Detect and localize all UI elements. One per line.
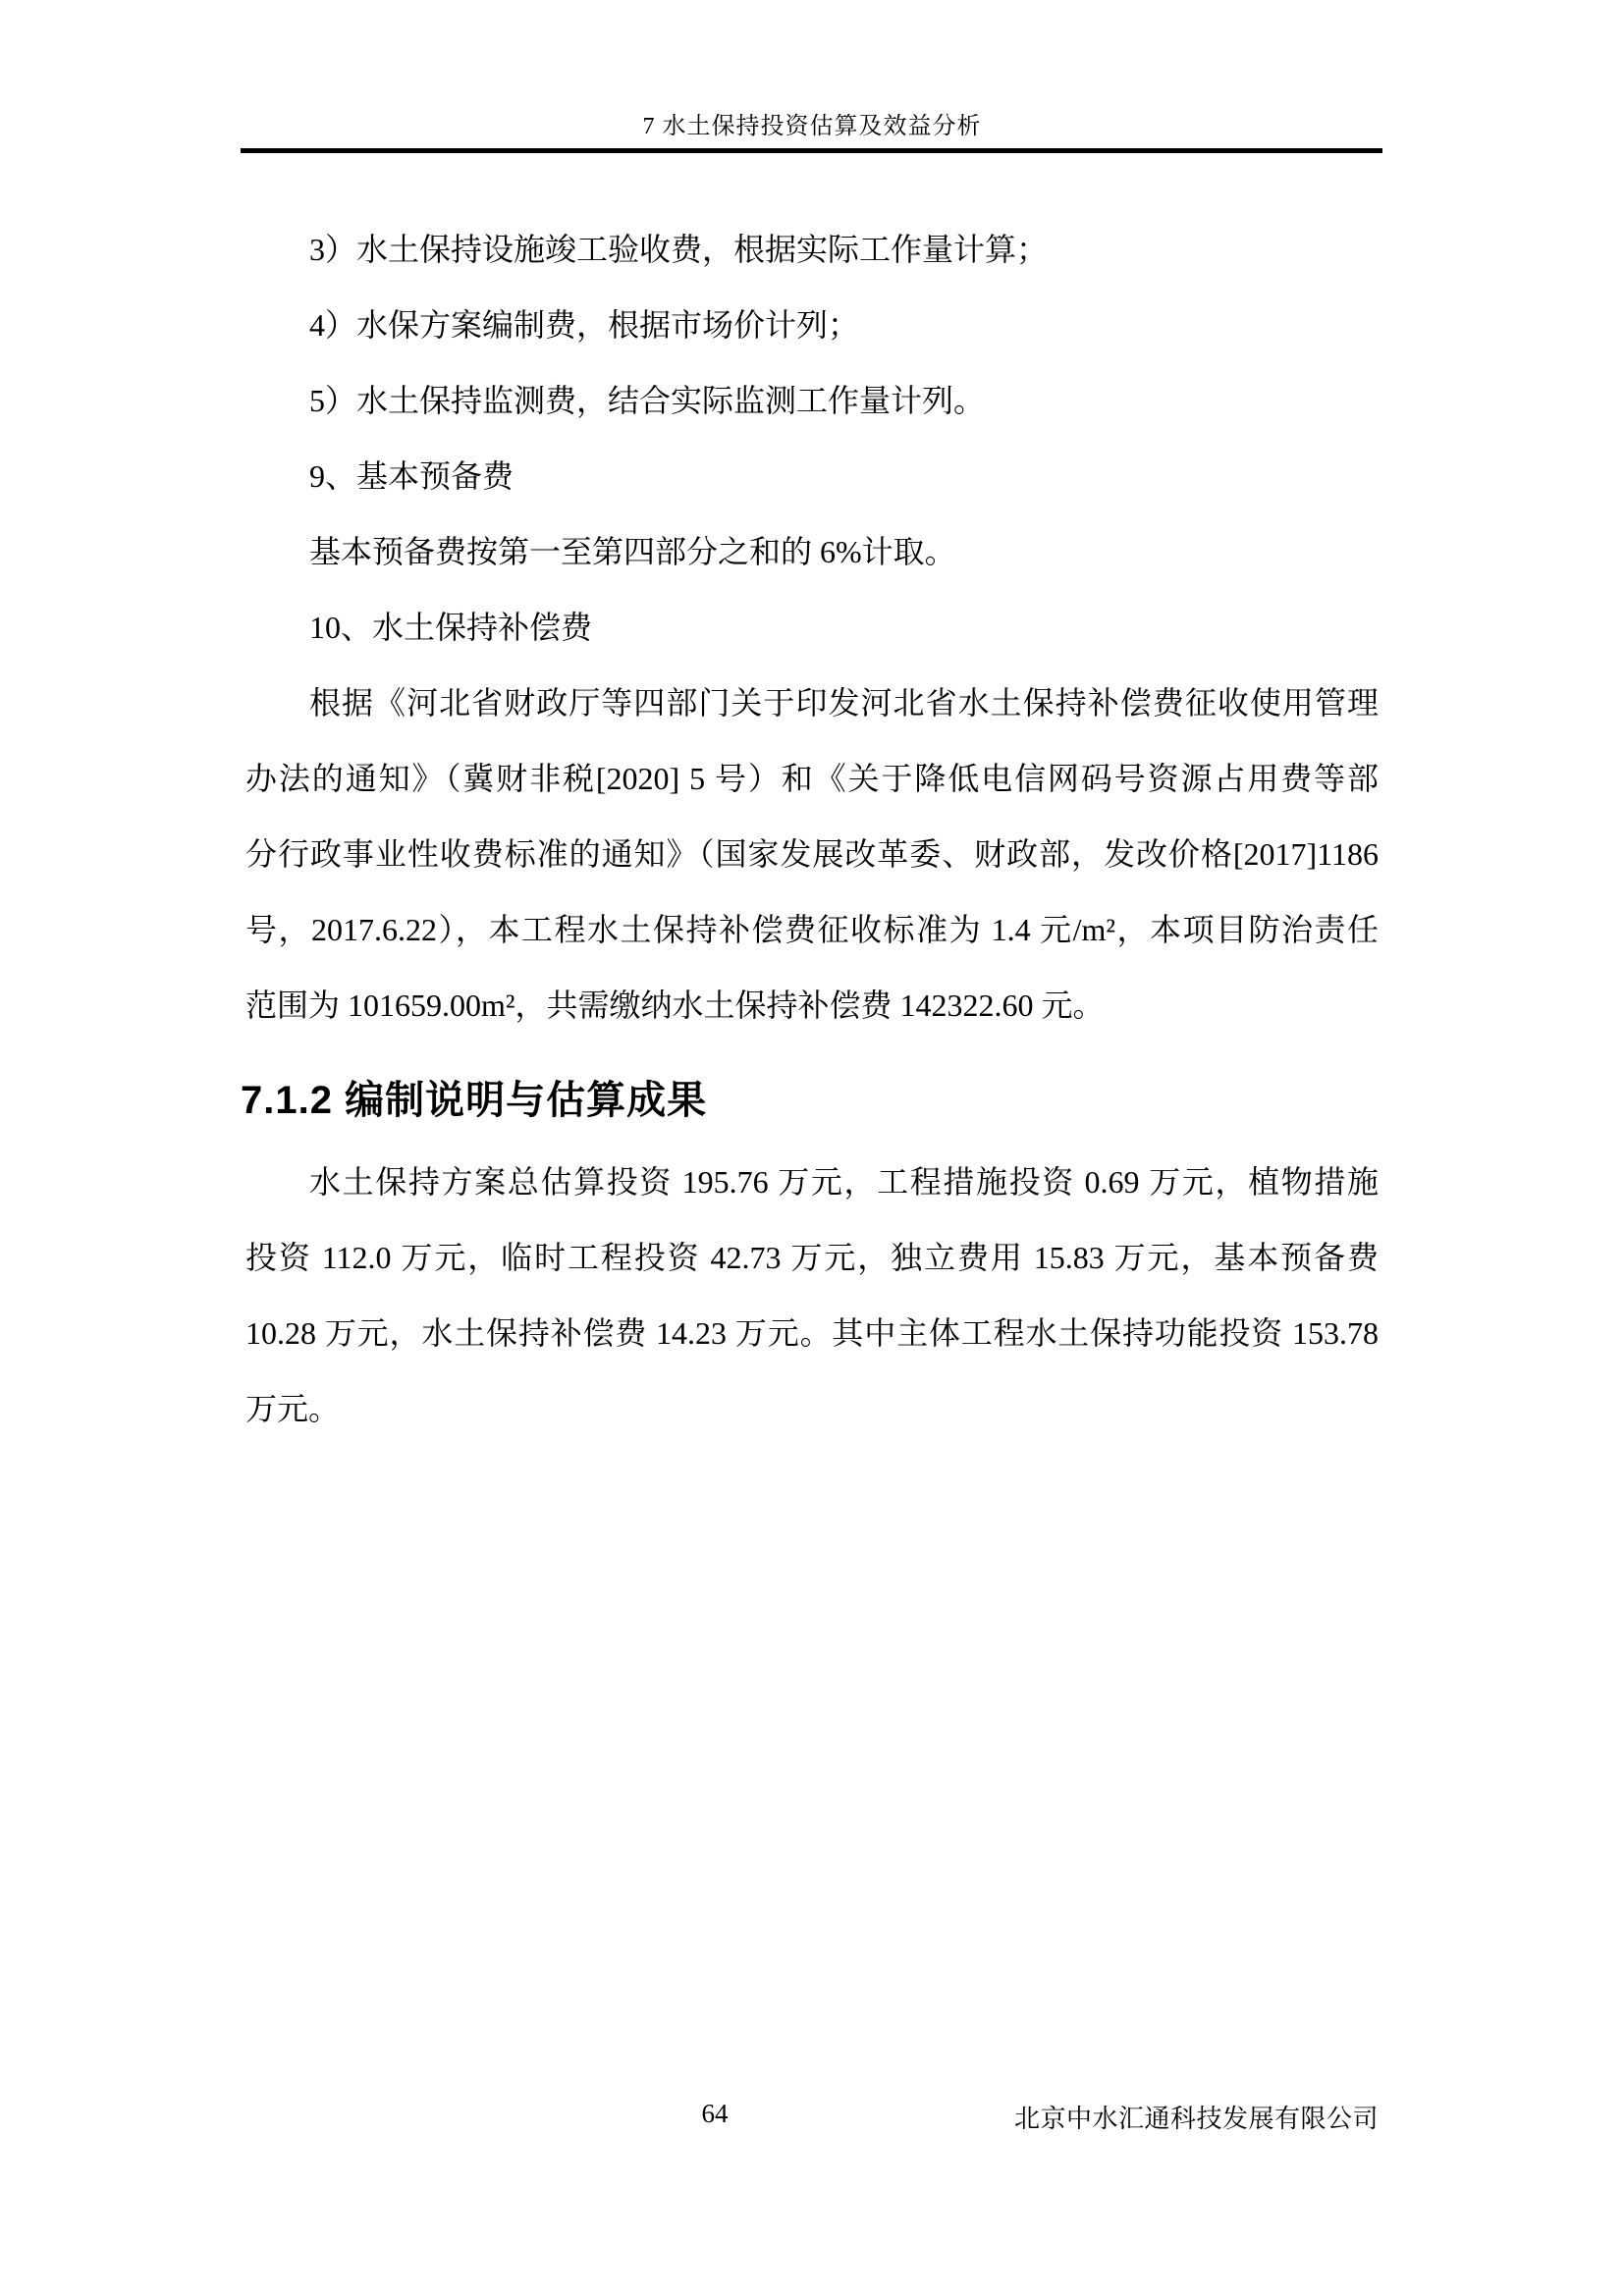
section-heading-7-1-2: 7.1.2 编制说明与估算成果: [241, 1078, 707, 1123]
list-item-3: 3）水土保持设施竣工验收费，根据实际工作量计算；: [309, 232, 1048, 268]
document-page: 7 水土保持投资估算及效益分析 3）水土保持设施竣工验收费，根据实际工作量计算；…: [0, 0, 1624, 2296]
paragraph-line: 分行政事业性收费标准的通知》（国家发展改革委、财政部，发改价格[2017]118…: [245, 836, 1379, 873]
paragraph-line: 万元。: [245, 1391, 340, 1427]
paragraph-line: 号，2017.6.22），本工程水土保持补偿费征收标准为 1.4 元/m²，本项…: [245, 912, 1379, 948]
paragraph-line: 投资 112.0 万元，临时工程投资 42.73 万元，独立费用 15.83 万…: [245, 1240, 1379, 1276]
paragraph-line: 办法的通知》（冀财非税[2020] 5 号）和《关于降低电信网码号资源占用费等部: [245, 761, 1379, 797]
paragraph-line: 10.28 万元，水土保持补偿费 14.23 万元。其中主体工程水土保持功能投资…: [245, 1315, 1379, 1352]
list-item-5: 5）水土保持监测费，结合实际监测工作量计列。: [309, 383, 985, 419]
page-header-chapter-title: 7 水土保持投资估算及效益分析: [0, 114, 1624, 139]
item-9-title: 9、基本预备费: [309, 458, 514, 495]
footer-company-name: 北京中水汇通科技发展有限公司: [245, 2099, 1379, 2135]
paragraph-line: 范围为 101659.00m²，共需缴纳水土保持补偿费 142322.60 元。: [245, 988, 1105, 1024]
item-10-title: 10、水土保持补偿费: [309, 610, 592, 646]
paragraph-line: 水土保持方案总估算投资 195.76 万元，工程措施投资 0.69 万元，植物措…: [309, 1164, 1379, 1201]
list-item-4: 4）水保方案编制费，根据市场价计列；: [309, 307, 859, 344]
item-9-body: 基本预备费按第一至第四部分之和的 6%计取。: [309, 534, 956, 570]
paragraph-line: 根据《河北省财政厅等四部门关于印发河北省水土保持补偿费征收使用管理: [309, 685, 1379, 721]
header-rule: [241, 148, 1382, 153]
